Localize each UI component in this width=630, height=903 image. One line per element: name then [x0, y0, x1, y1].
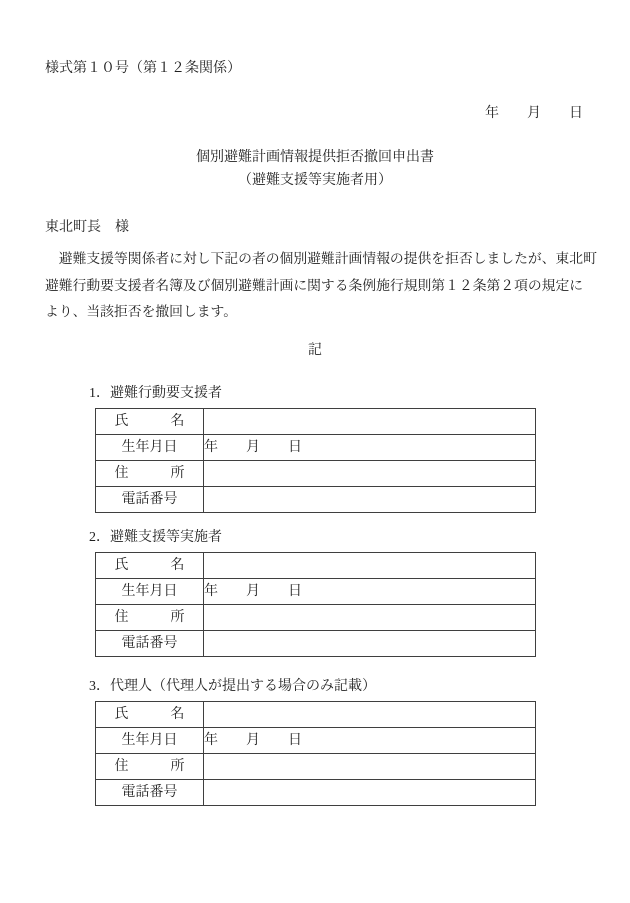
agent-table: 氏 名 生年月日 年 月 日 住 所 電話番号	[95, 701, 536, 806]
section-heading-1: 1．避難行動要支援者	[89, 387, 536, 401]
table-row-name: 氏 名	[96, 553, 536, 579]
document-subtitle: （避難支援等実施者用）	[0, 174, 630, 188]
row-value-address	[204, 461, 536, 487]
document-title: 個別避難計画情報提供拒否撤回申出書	[0, 151, 630, 165]
row-value-birthdate: 年 月 日	[204, 579, 536, 605]
addressee: 東北町長 様	[45, 221, 129, 235]
form-number: 様式第１０号（第１２条関係）	[45, 62, 241, 76]
row-label-birthdate: 生年月日	[96, 435, 204, 461]
row-value-address	[204, 754, 536, 780]
row-value-address	[204, 605, 536, 631]
section-heading-2: 2．避難支援等実施者	[89, 531, 536, 545]
supportee-table: 氏 名 生年月日 年 月 日 住 所 電話番号	[95, 408, 536, 513]
table-row-address: 住 所	[96, 461, 536, 487]
table-row-birthdate: 生年月日 年 月 日	[96, 728, 536, 754]
section-heading-3: 3．代理人（代理人が提出する場合のみ記載）	[89, 680, 536, 694]
row-value-phone	[204, 487, 536, 513]
body-paragraph: 避難支援等関係者に対し下記の者の個別避難計画情報の提供を拒否しましたが、東北町 …	[45, 246, 590, 326]
row-value-phone	[204, 780, 536, 806]
table-row-name: 氏 名	[96, 702, 536, 728]
row-label-name: 氏 名	[96, 409, 204, 435]
row-label-address: 住 所	[96, 605, 204, 631]
body-line-3: より、当該拒否を撤回します。	[45, 299, 590, 326]
row-value-phone	[204, 631, 536, 657]
table-row-phone: 電話番号	[96, 780, 536, 806]
table-row-phone: 電話番号	[96, 631, 536, 657]
row-label-birthdate: 生年月日	[96, 579, 204, 605]
row-label-address: 住 所	[96, 461, 204, 487]
body-line-1: 避難支援等関係者に対し下記の者の個別避難計画情報の提供を拒否しましたが、東北町	[45, 246, 590, 273]
row-label-address: 住 所	[96, 754, 204, 780]
table-row-address: 住 所	[96, 754, 536, 780]
row-value-birthdate: 年 月 日	[204, 435, 536, 461]
section-agent: 3．代理人（代理人が提出する場合のみ記載） 氏 名 生年月日 年 月 日 住 所…	[89, 680, 536, 806]
row-value-name	[204, 409, 536, 435]
table-row-birthdate: 生年月日 年 月 日	[96, 579, 536, 605]
table-row-name: 氏 名	[96, 409, 536, 435]
row-label-birthdate: 生年月日	[96, 728, 204, 754]
row-label-name: 氏 名	[96, 553, 204, 579]
row-value-name	[204, 553, 536, 579]
supporter-table: 氏 名 生年月日 年 月 日 住 所 電話番号	[95, 552, 536, 657]
row-label-phone: 電話番号	[96, 487, 204, 513]
date-line: 年 月 日	[485, 107, 583, 121]
row-label-name: 氏 名	[96, 702, 204, 728]
row-label-phone: 電話番号	[96, 631, 204, 657]
row-value-name	[204, 702, 536, 728]
section-supportee: 1．避難行動要支援者 氏 名 生年月日 年 月 日 住 所 電話番号	[89, 387, 536, 513]
document-page: 様式第１０号（第１２条関係） 年 月 日 個別避難計画情報提供拒否撤回申出書 （…	[0, 0, 630, 903]
table-row-phone: 電話番号	[96, 487, 536, 513]
table-row-address: 住 所	[96, 605, 536, 631]
note-mark: 記	[0, 344, 630, 358]
table-row-birthdate: 生年月日 年 月 日	[96, 435, 536, 461]
row-value-birthdate: 年 月 日	[204, 728, 536, 754]
body-line-2: 避難行動要支援者名簿及び個別避難計画に関する条例施行規則第１２条第２項の規定に	[45, 273, 590, 300]
row-label-phone: 電話番号	[96, 780, 204, 806]
section-supporter: 2．避難支援等実施者 氏 名 生年月日 年 月 日 住 所 電話番号	[89, 531, 536, 657]
